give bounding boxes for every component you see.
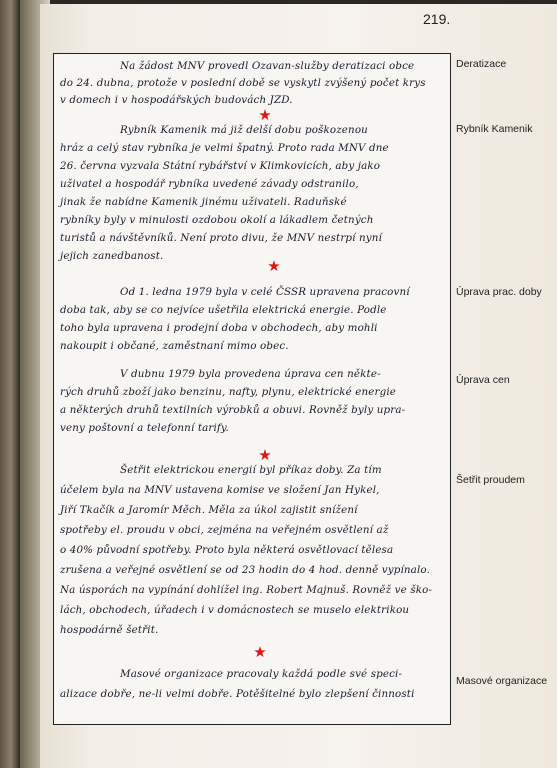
- entry-line: Rybník Kamenik má již delší dobu poškoze…: [60, 124, 505, 136]
- page-number: 219.: [423, 11, 450, 27]
- entry-line: uživatel a hospodář rybníka uvedené záva…: [60, 178, 445, 190]
- entry-line: účelem byla na MNV ustavena komise ve sl…: [60, 484, 445, 496]
- entry-line: turistů a návštěvníků. Není proto divu, …: [60, 232, 445, 244]
- entry-line: zrušena a veřejné osvětlení se od 23 hod…: [60, 564, 445, 576]
- entry-line: Na úsporách na vypínání dohlížel ing. Ro…: [60, 584, 445, 596]
- entry-line: 26. června vyzvala Státní rybářství v Kl…: [60, 160, 445, 172]
- red-star-icon: ★: [258, 448, 272, 462]
- entry-line: do 24. dubna, protože v poslední době se…: [60, 77, 445, 89]
- entry-line: a některých druhů textilních výrobků a o…: [60, 404, 445, 416]
- entry-line: spotřeby el. proudu v obci, zejména na v…: [60, 524, 445, 536]
- entry-line: jejich zanedbanost.: [60, 250, 445, 262]
- entry-line: v domech i v hospodářských budovách JZD.: [60, 94, 445, 106]
- entry-line: Od 1. ledna 1979 byla v celé ČSSR uprave…: [60, 286, 505, 298]
- entry-line: lách, obchodech, úřadech i v domácnostec…: [60, 604, 445, 616]
- red-star-icon: ★: [253, 645, 267, 659]
- book-binding: [0, 0, 20, 768]
- entry-line: Na žádost MNV provedl Ozavan-služby dera…: [60, 60, 505, 72]
- red-star-icon: ★: [258, 108, 272, 122]
- entry-line: rých druhů zboží jako benzinu, nafty, pl…: [60, 386, 445, 398]
- red-star-icon: ★: [267, 259, 281, 273]
- entry-line: rybníky byly v minulosti ozdobou okolí a…: [60, 214, 445, 226]
- entry-line: Šetřit elektrickou energií byl příkaz do…: [60, 464, 505, 476]
- entry-line: hospodárně šetřit.: [60, 624, 445, 636]
- entry-line: V dubnu 1979 byla provedena úprava cen n…: [60, 368, 505, 380]
- entry-line: veny poštovní a telefonní tarify.: [60, 422, 445, 434]
- entry-line: doba tak, aby se co nejvíce ušetřila ele…: [60, 304, 445, 316]
- entry-line: hráz a celý stav rybníka je velmi špatný…: [60, 142, 445, 154]
- entry-line: o 40% původní spotřeby. Proto byla někte…: [60, 544, 445, 556]
- entry-line: Masové organizace pracovaly každá podle …: [60, 668, 505, 680]
- entry-line: toho byla upravena i prodejní doba v obc…: [60, 322, 445, 334]
- entry-line: nakoupit i občané, zaměstnaní mimo obec.: [60, 340, 445, 352]
- entry-line: alizace dobře, ne-li velmi dobře. Potěši…: [60, 688, 445, 700]
- entry-line: Jiří Tkačík a Jaromír Měch. Měla za úkol…: [60, 504, 445, 516]
- entry-line: jinak že nabídne Kamenik jinému uživatel…: [60, 196, 445, 208]
